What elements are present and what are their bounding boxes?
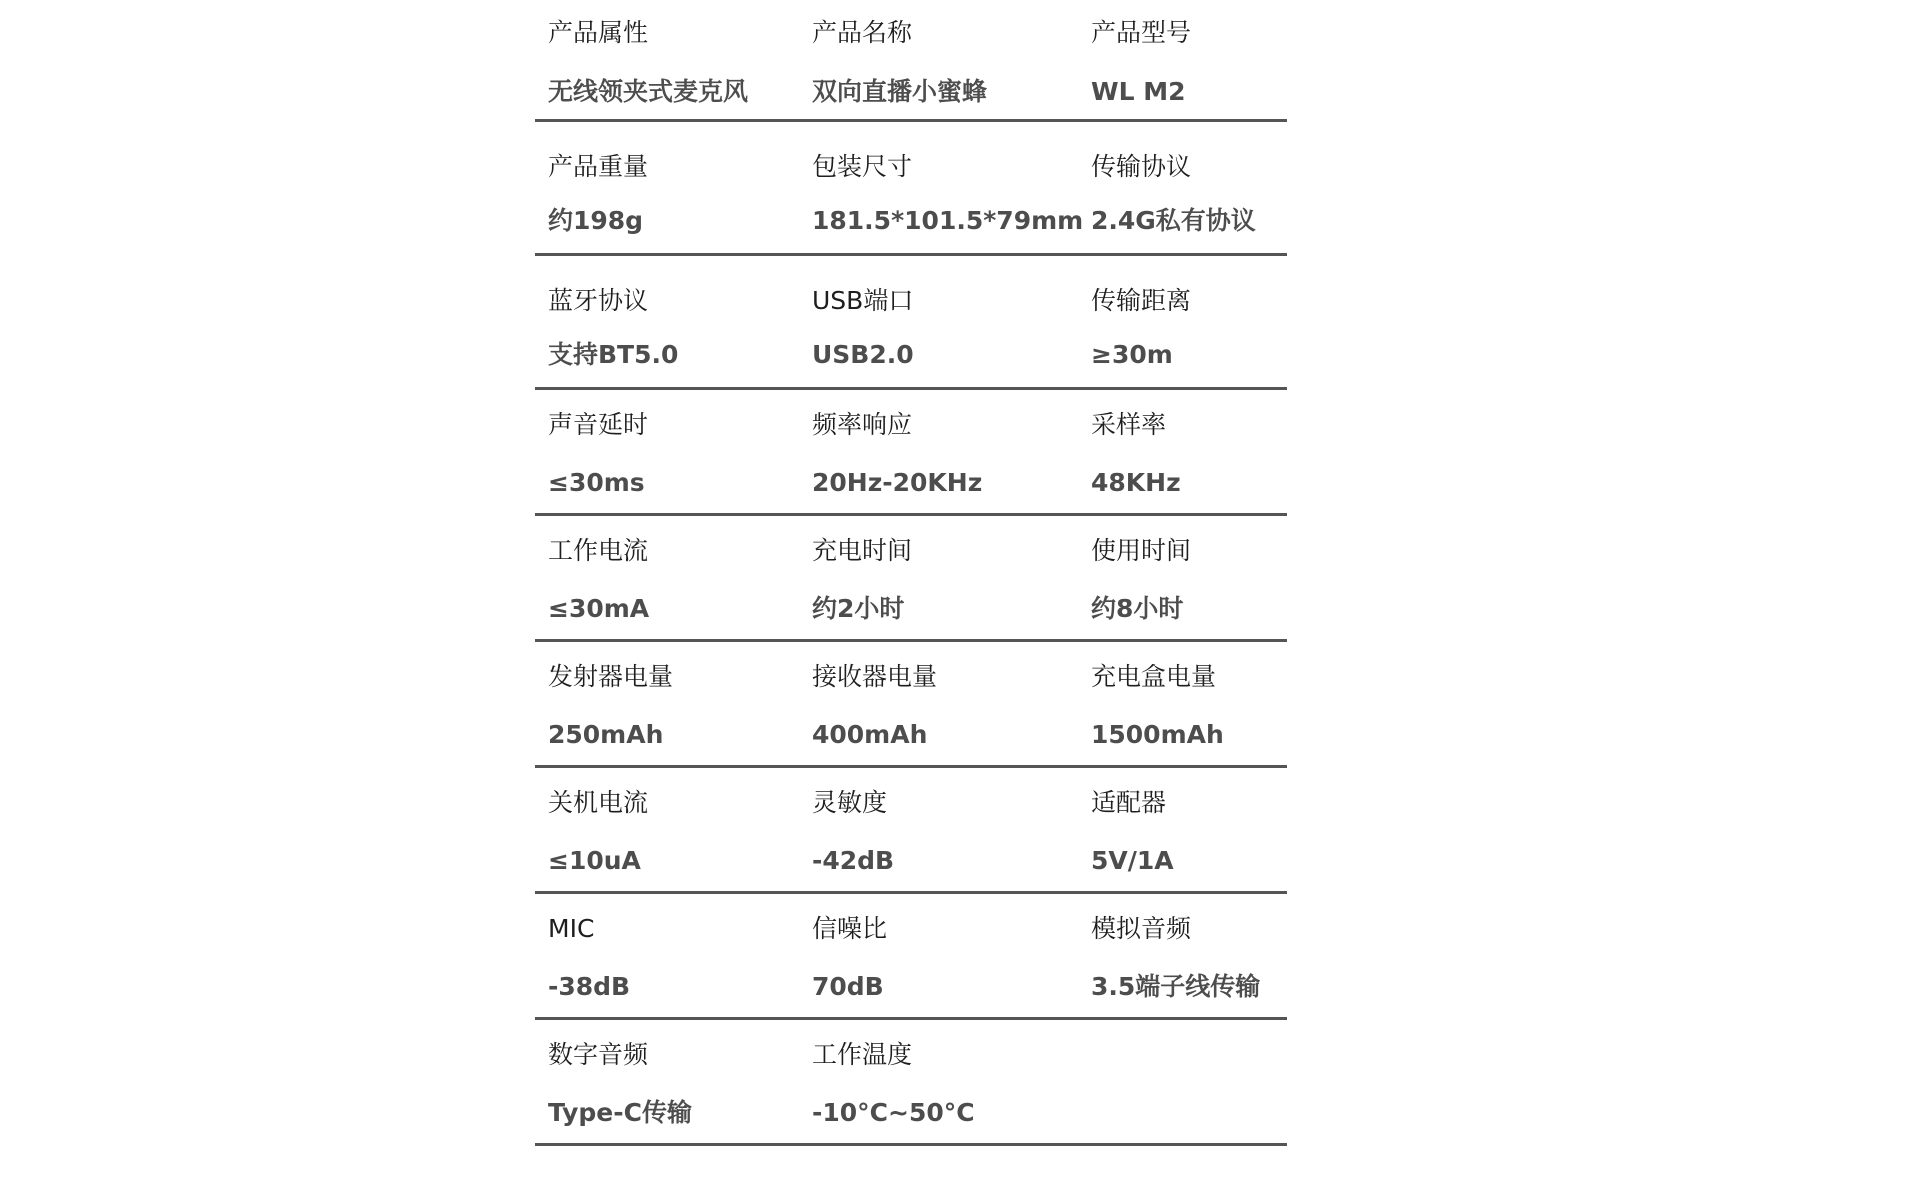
spec-value: ≥30m: [1091, 340, 1173, 370]
spec-label: 模拟音频: [1091, 914, 1191, 944]
spec-value: 3.5端子线传输: [1091, 972, 1260, 1002]
spec-row-4: 声音延时 ≤30ms 频率响应 20Hz-20KHz 采样率 48KHz: [535, 390, 1287, 516]
spec-row-6: 发射器电量 250mAh 接收器电量 400mAh 充电盒电量 1500mAh: [535, 642, 1287, 768]
spec-label: 产品属性: [548, 18, 648, 48]
spec-label: 适配器: [1091, 788, 1166, 818]
spec-value: -42dB: [812, 846, 894, 876]
spec-label: 包装尺寸: [812, 152, 912, 182]
spec-value: Type-C传输: [548, 1098, 692, 1128]
spec-label: 工作温度: [812, 1040, 912, 1070]
spec-value: 70dB: [812, 972, 884, 1002]
spec-row-3: 蓝牙协议 支持BT5.0 USB端口 USB2.0 传输距离 ≥30m: [535, 256, 1287, 390]
spec-label: 接收器电量: [812, 662, 937, 692]
spec-label: 产品型号: [1091, 18, 1191, 48]
spec-value: 20Hz-20KHz: [812, 468, 982, 498]
spec-label: 产品名称: [812, 18, 912, 48]
spec-label: 充电盒电量: [1091, 662, 1216, 692]
spec-label: 蓝牙协议: [548, 286, 648, 316]
spec-label: 传输协议: [1091, 152, 1191, 182]
spec-value: USB2.0: [812, 340, 914, 370]
spec-value: 2.4G私有协议: [1091, 206, 1256, 236]
spec-value: ≤30mA: [548, 594, 649, 624]
spec-row-1: 产品属性 无线领夹式麦克风 产品名称 双向直播小蜜蜂 产品型号 WL M2: [535, 0, 1287, 122]
spec-label: 采样率: [1091, 410, 1166, 440]
spec-value: WL M2: [1091, 77, 1185, 107]
spec-value: 250mAh: [548, 720, 663, 750]
spec-label: 关机电流: [548, 788, 648, 818]
spec-row-8: MIC -38dB 信噪比 70dB 模拟音频 3.5端子线传输: [535, 894, 1287, 1020]
spec-table: 产品属性 无线领夹式麦克风 产品名称 双向直播小蜜蜂 产品型号 WL M2 产品…: [535, 0, 1287, 1146]
spec-label: 声音延时: [548, 410, 648, 440]
spec-label: USB端口: [812, 286, 913, 316]
spec-value: 支持BT5.0: [548, 340, 678, 370]
spec-label: 发射器电量: [548, 662, 673, 692]
spec-value: 无线领夹式麦克风: [548, 77, 748, 107]
spec-label: 灵敏度: [812, 788, 887, 818]
spec-label: 传输距离: [1091, 286, 1191, 316]
spec-label: 产品重量: [548, 152, 648, 182]
spec-label: 数字音频: [548, 1040, 648, 1070]
spec-label: 信噪比: [812, 914, 887, 944]
spec-label: 频率响应: [812, 410, 912, 440]
spec-label: 使用时间: [1091, 536, 1191, 566]
spec-value: 约8小时: [1091, 594, 1183, 624]
spec-value: 400mAh: [812, 720, 927, 750]
spec-value: ≤30ms: [548, 468, 645, 498]
spec-value: 双向直播小蜜蜂: [812, 77, 987, 107]
spec-value: 1500mAh: [1091, 720, 1224, 750]
spec-value: ≤10uA: [548, 846, 641, 876]
spec-value: 5V/1A: [1091, 846, 1174, 876]
spec-value: 约2小时: [812, 594, 904, 624]
spec-value: -38dB: [548, 972, 630, 1002]
spec-row-7: 关机电流 ≤10uA 灵敏度 -42dB 适配器 5V/1A: [535, 768, 1287, 894]
spec-value: 181.5*101.5*79mm: [812, 206, 1083, 236]
spec-label: 充电时间: [812, 536, 912, 566]
spec-row-9: 数字音频 Type-C传输 工作温度 -10°C~50°C: [535, 1020, 1287, 1146]
spec-row-5: 工作电流 ≤30mA 充电时间 约2小时 使用时间 约8小时: [535, 516, 1287, 642]
spec-value: -10°C~50°C: [812, 1098, 975, 1128]
spec-value: 约198g: [548, 206, 643, 236]
spec-value: 48KHz: [1091, 468, 1181, 498]
spec-label: 工作电流: [548, 536, 648, 566]
spec-label: MIC: [548, 914, 594, 944]
spec-row-2: 产品重量 约198g 包装尺寸 181.5*101.5*79mm 传输协议 2.…: [535, 122, 1287, 256]
